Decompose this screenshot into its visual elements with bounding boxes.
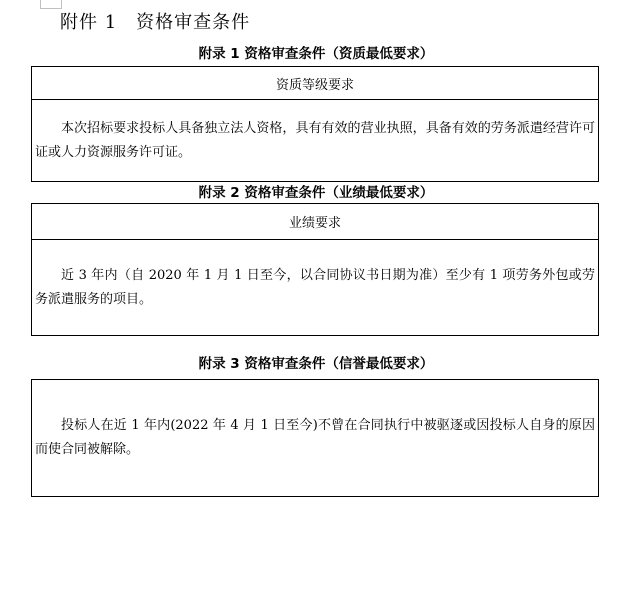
performance-requirements-table: 业绩要求 近 3 年内（自 2020 年 1 月 1 日至今，以合同协议书日期为… [31,203,599,336]
appendix-1-heading: 附录 1 资格审查条件（资质最低要求） [0,47,632,62]
performance-requirement-text: 近 3 年内（自 2020 年 1 月 1 日至今，以合同协议书日期为准）至少有… [32,264,598,312]
qualification-table-body-cell: 本次招标要求投标人具备独立法人资格，具有有效的营业执照，具备有效的劳务派遣经营许… [32,100,599,182]
table-row: 资质等级要求 [32,67,599,100]
attachment-title: 附件 1 资格审查条件 [60,11,250,35]
performance-table-body-cell: 近 3 年内（自 2020 年 1 月 1 日至今，以合同协议书日期为准）至少有… [32,240,599,336]
table-row: 业绩要求 [32,204,599,240]
document-page: 附件 1 资格审查条件 附录 1 资格审查条件（资质最低要求） 资质等级要求 本… [0,0,632,594]
reputation-requirements-table: 投标人在近 1 年内(2022 年 4 月 1 日至今)不曾在合同执行中被驱逐或… [31,379,599,497]
qualification-table-header-cell: 资质等级要求 [32,67,599,100]
appendix-2-heading: 附录 2 资格审查条件（业绩最低要求） [0,186,632,201]
reputation-table-body-cell: 投标人在近 1 年内(2022 年 4 月 1 日至今)不曾在合同执行中被驱逐或… [32,380,599,497]
qualification-requirements-table: 资质等级要求 本次招标要求投标人具备独立法人资格，具有有效的营业执照，具备有效的… [31,66,599,182]
table-row: 近 3 年内（自 2020 年 1 月 1 日至今，以合同协议书日期为准）至少有… [32,240,599,336]
qualification-requirement-text: 本次招标要求投标人具备独立法人资格，具有有效的营业执照，具备有效的劳务派遣经营许… [32,117,598,165]
table-row: 本次招标要求投标人具备独立法人资格，具有有效的营业执照，具备有效的劳务派遣经营许… [32,100,599,182]
performance-table-header-cell: 业绩要求 [32,204,599,240]
table-row: 投标人在近 1 年内(2022 年 4 月 1 日至今)不曾在合同执行中被驱逐或… [32,380,599,497]
reputation-requirement-text: 投标人在近 1 年内(2022 年 4 月 1 日至今)不曾在合同执行中被驱逐或… [32,414,598,462]
page-edge-artifact [40,0,62,9]
appendix-3-heading: 附录 3 资格审查条件（信誉最低要求） [0,357,632,372]
